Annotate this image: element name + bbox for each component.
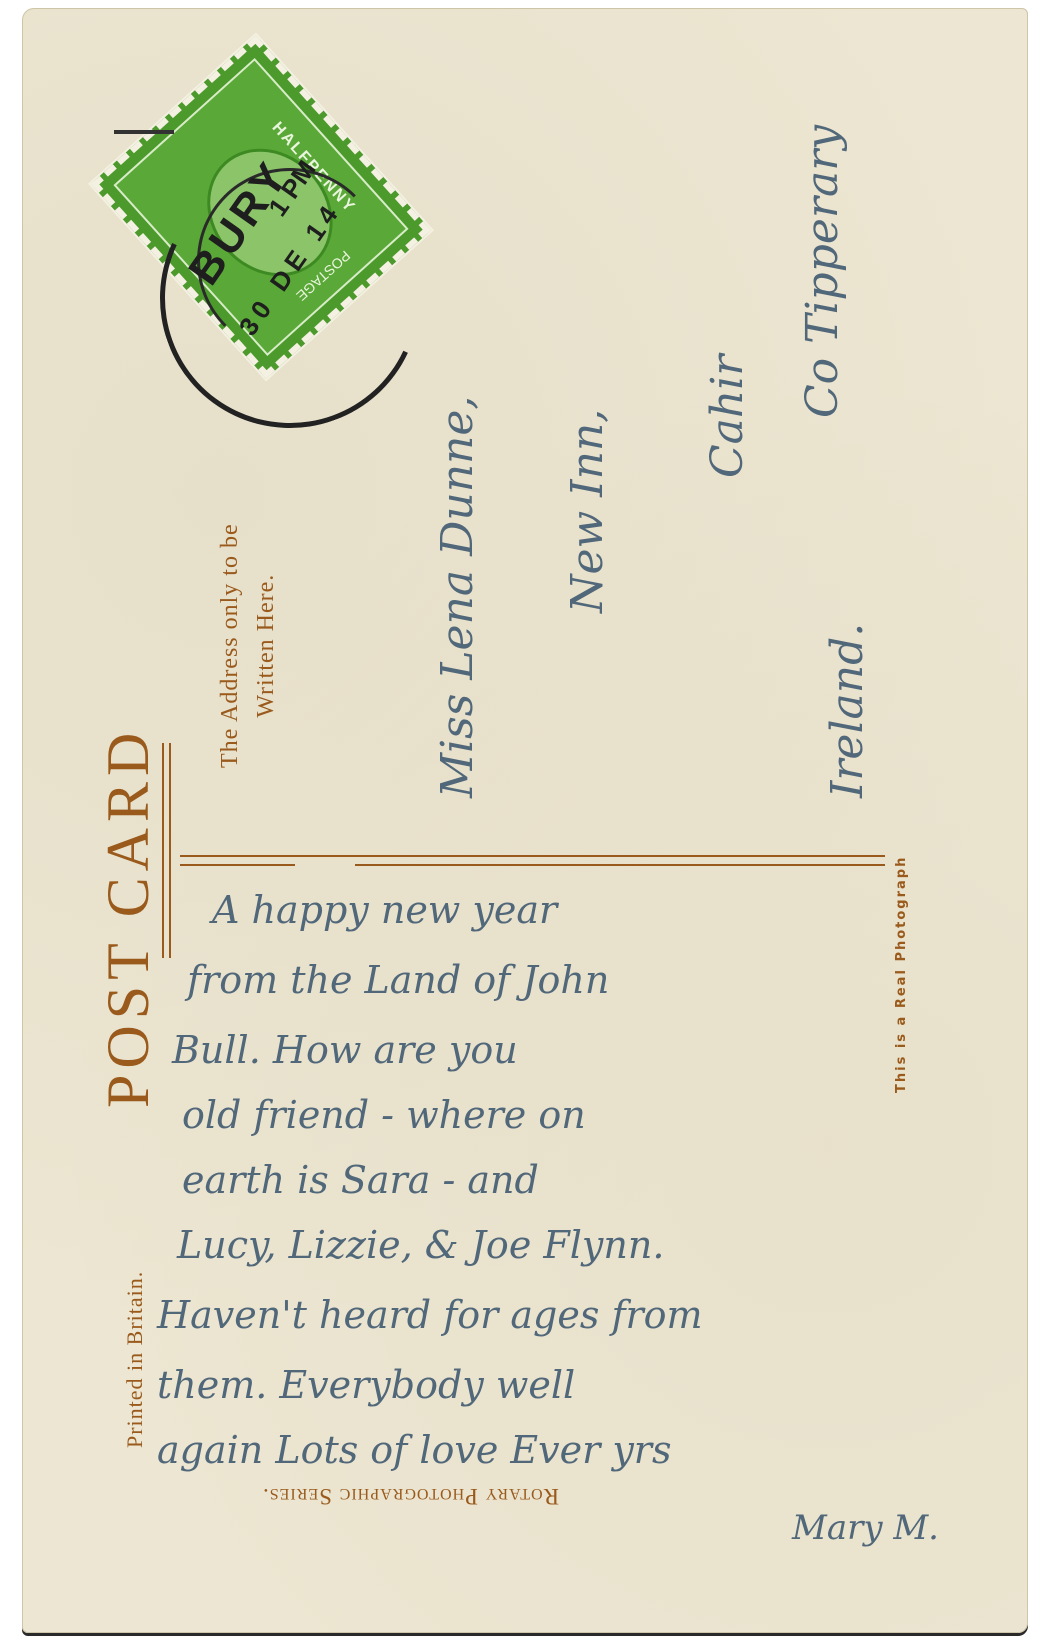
message-line-6: Lucy, Lizzie, & Joe Flynn. bbox=[177, 1223, 664, 1267]
message-line-2: from the Land of John bbox=[187, 958, 609, 1002]
message-line-8: them. Everybody well bbox=[157, 1363, 575, 1407]
message-line-3: Bull. How are you bbox=[172, 1028, 518, 1072]
post-card-title: POST CARD bbox=[94, 727, 163, 1108]
series-imprint: Rotary Photographic Series. bbox=[262, 1483, 559, 1509]
postcard: POST CARD The Address only to be Written… bbox=[22, 8, 1028, 1633]
address-note-line1: The Address only to be bbox=[212, 523, 248, 768]
message-line-7: Haven't heard for ages from bbox=[157, 1293, 703, 1337]
address-line-5: Ireland. bbox=[822, 623, 873, 798]
horizontal-divider-bottom-right bbox=[355, 864, 885, 866]
vertical-divider-right bbox=[169, 743, 171, 958]
real-photograph-note: This is a Real Photograph bbox=[894, 856, 909, 1093]
horizontal-divider-bottom-left bbox=[180, 864, 295, 866]
address-note: The Address only to be Written Here. bbox=[212, 523, 284, 768]
message-line-1: A happy new year bbox=[212, 888, 557, 932]
printed-in-britain: Printed in Britain. bbox=[122, 1271, 148, 1448]
message-line-9: again Lots of love Ever yrs bbox=[157, 1428, 671, 1472]
address-line-3: Cahir bbox=[702, 355, 753, 478]
postmark-cancel-bar bbox=[114, 130, 174, 134]
message-signature: Mary M. bbox=[792, 1508, 939, 1548]
message-line-5: earth is Sara - and bbox=[182, 1158, 539, 1202]
horizontal-divider-top bbox=[180, 855, 885, 857]
address-note-line2: Written Here. bbox=[248, 523, 284, 768]
address-line-1: Miss Lena Dunne, bbox=[432, 396, 483, 798]
address-line-4: Co Tipperary bbox=[797, 125, 848, 418]
message-line-4: old friend - where on bbox=[182, 1093, 586, 1137]
address-line-2: New Inn, bbox=[562, 409, 613, 613]
vertical-divider-left bbox=[162, 743, 164, 958]
